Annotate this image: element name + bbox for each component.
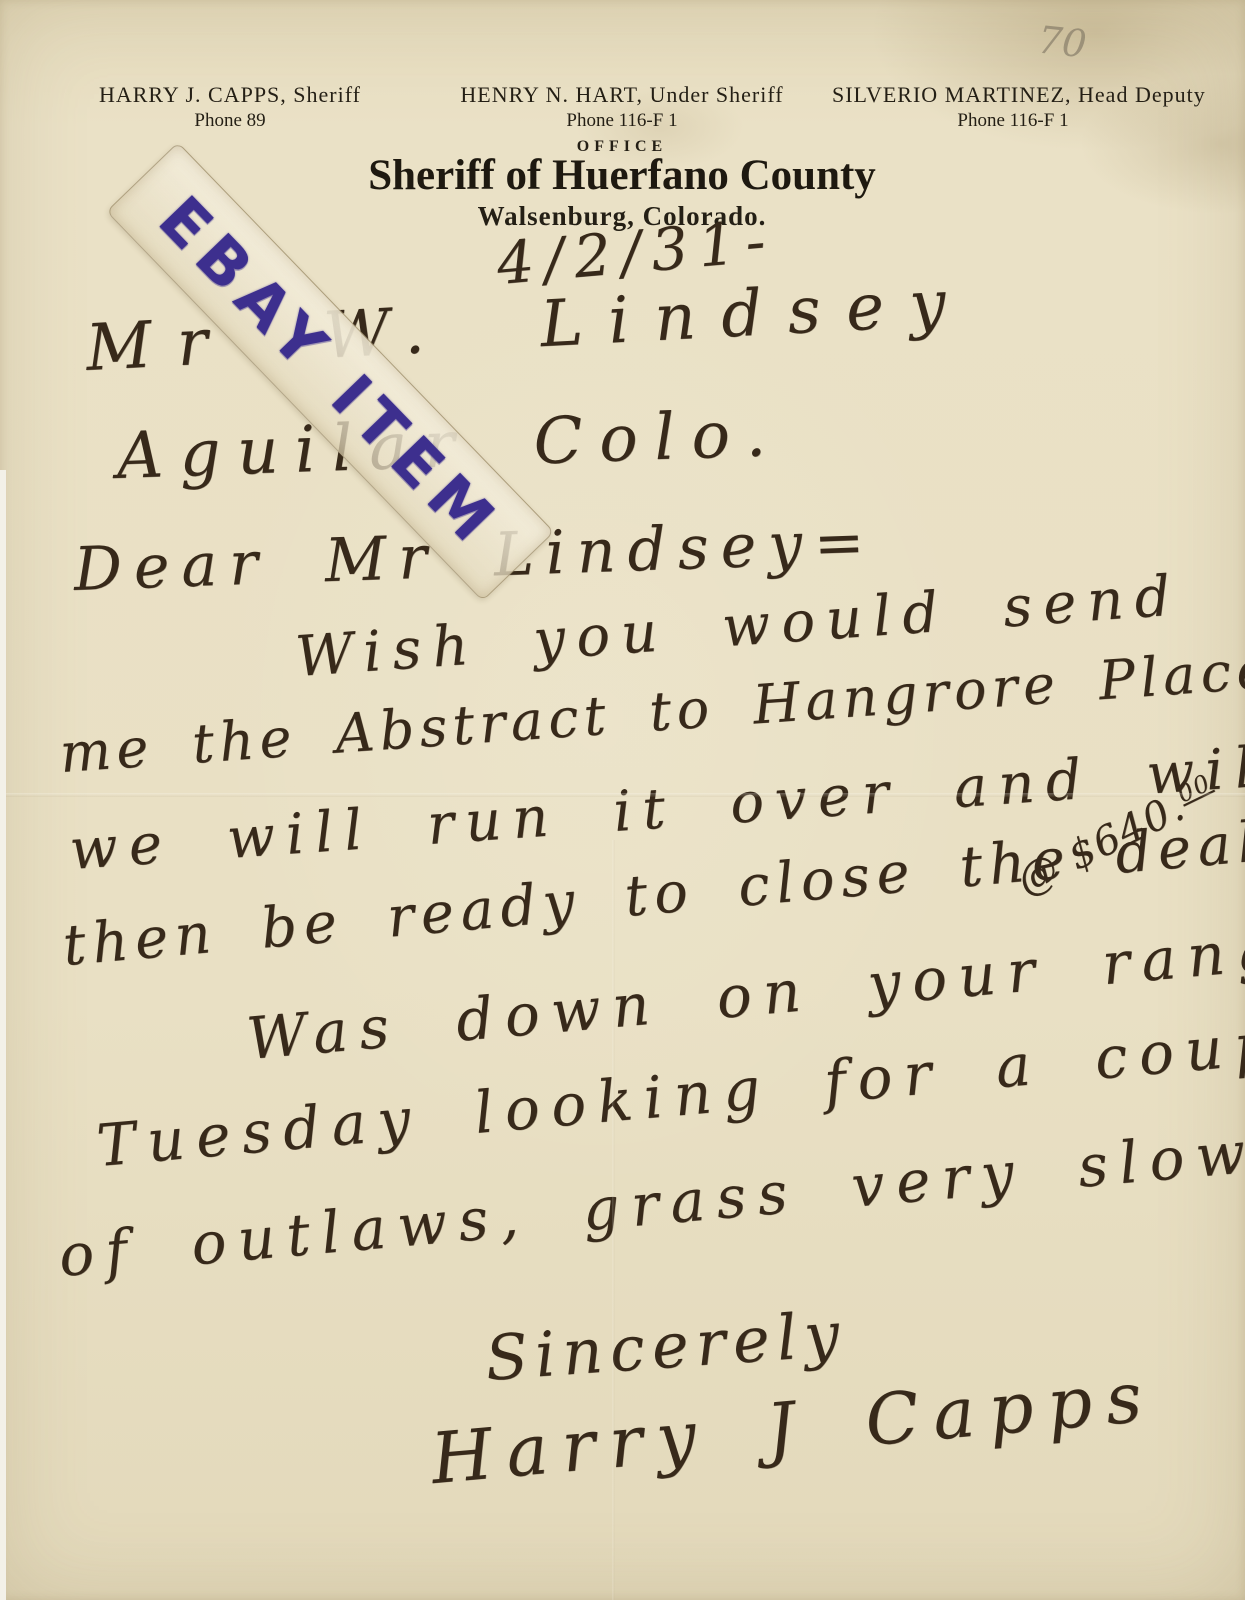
closing-line: Sincerely bbox=[483, 1297, 849, 1395]
letterhead-right-block: SILVERIO MARTINEZ, Head Deputy Phone 116… bbox=[832, 82, 1194, 132]
letterhead-center-block: HENRY N. HART, Under Sheriff Phone 116-F… bbox=[452, 82, 792, 132]
under-sheriff-name: HENRY N. HART, Under Sheriff bbox=[452, 82, 792, 108]
head-deputy-name: SILVERIO MARTINEZ, Head Deputy bbox=[832, 82, 1194, 108]
sheriff-name: HARRY J. CAPPS, Sheriff bbox=[60, 82, 400, 108]
horizontal-fold-crease bbox=[0, 793, 1245, 797]
vertical-fold-crease bbox=[612, 840, 615, 1600]
letterhead-left-block: HARRY J. CAPPS, Sheriff Phone 89 bbox=[60, 82, 400, 132]
sheriff-phone: Phone 89 bbox=[60, 110, 400, 132]
pencil-annotation: 70 bbox=[1036, 18, 1089, 67]
head-deputy-phone: Phone 116-F 1 bbox=[832, 110, 1194, 132]
scan-edge bbox=[0, 470, 6, 1600]
under-sheriff-phone: Phone 116-F 1 bbox=[452, 110, 792, 132]
letterhead-title: Sheriff of Huerfano County bbox=[312, 151, 932, 200]
scanned-letter-page: HARRY J. CAPPS, Sheriff Phone 89 HENRY N… bbox=[0, 0, 1245, 1600]
